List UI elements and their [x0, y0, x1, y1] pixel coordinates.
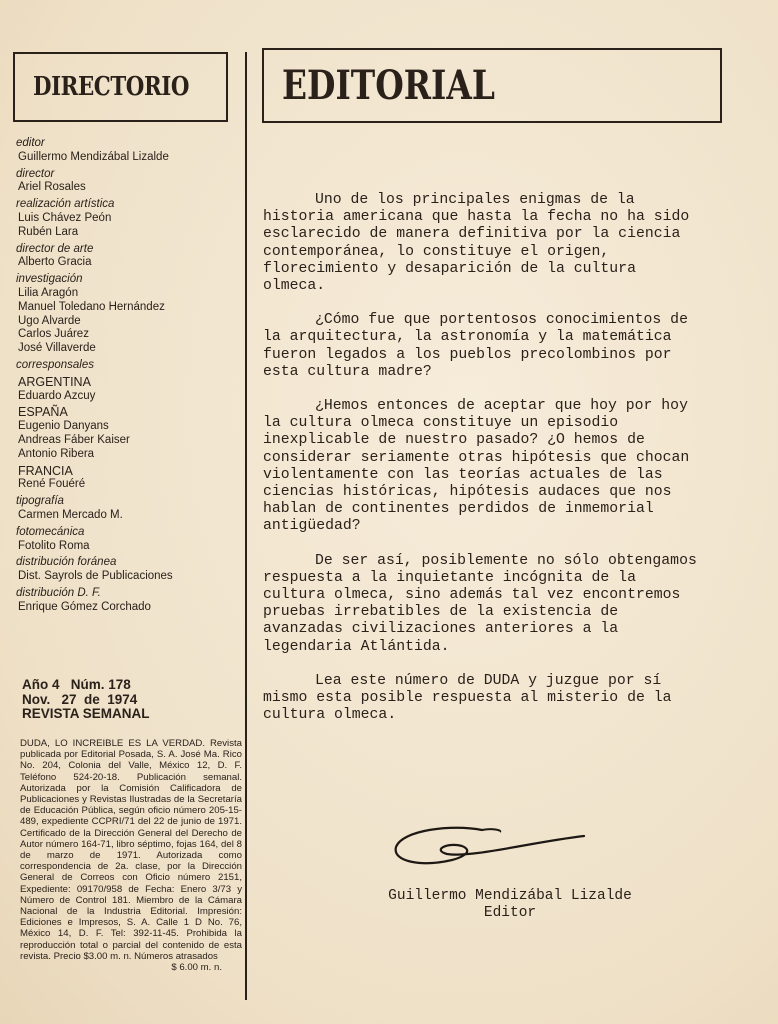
- staff-role: director de arte: [16, 243, 241, 257]
- issue-date: Nov. 27 de 1974: [22, 693, 242, 708]
- staff-name: Dist. Sayrols de Publicaciones: [16, 570, 241, 584]
- signature-icon: [392, 822, 592, 872]
- staff-directory: editorGuillermo Mendizábal Lizaldedirect…: [16, 137, 241, 615]
- staff-name: Luis Chávez Peón: [16, 212, 241, 226]
- editorial-paragraph: Uno de los principales enigmas de la his…: [263, 192, 703, 295]
- staff-name: Ugo Alvarde: [16, 315, 241, 329]
- staff-role: investigación: [16, 273, 241, 287]
- editorial-paragraph: Lea este número de DUDA y juzgue por sí …: [263, 673, 703, 725]
- editorial-body: Uno de los principales enigmas de la his…: [263, 192, 703, 741]
- editorial-header-box: EDITORIAL: [262, 48, 722, 123]
- correspondent-name: Andreas Fáber Kaiser: [16, 434, 241, 448]
- editor-signature-block: Guillermo Mendizábal Lizalde Editor: [330, 888, 690, 922]
- staff-role: editor: [16, 137, 241, 151]
- issue-frequency: REVISTA SEMANAL: [22, 707, 242, 722]
- staff-name: Manuel Toledano Hernández: [16, 301, 241, 315]
- correspondent-name: René Fouéré: [16, 478, 241, 492]
- directory-header-box: DIRECTORIO: [13, 52, 228, 122]
- column-divider: [245, 52, 247, 1000]
- correspondent-name: Eduardo Azcuy: [16, 390, 241, 404]
- staff-name: Guillermo Mendizábal Lizalde: [16, 151, 241, 165]
- correspondent-name: Eugenio Danyans: [16, 420, 241, 434]
- correspondent-country: ESPAÑA: [16, 406, 241, 420]
- staff-name: Lilia Aragón: [16, 287, 241, 301]
- editorial-title: EDITORIAL: [282, 62, 495, 109]
- directory-title: DIRECTORIO: [33, 72, 189, 102]
- correspondent-country: FRANCIA: [16, 465, 241, 479]
- magazine-page: DIRECTORIO EDITORIAL editorGuillermo Men…: [0, 0, 778, 1024]
- staff-name: Fotolito Roma: [16, 540, 241, 554]
- editorial-paragraph: ¿Cómo fue que portentosos conocimientos …: [263, 312, 703, 381]
- staff-name: Ariel Rosales: [16, 181, 241, 195]
- staff-name: Enrique Gómez Corchado: [16, 601, 241, 615]
- staff-role: fotomecánica: [16, 526, 241, 540]
- staff-role: tipografía: [16, 495, 241, 509]
- staff-name: Carlos Juárez: [16, 328, 241, 342]
- correspondent-name: Antonio Ribera: [16, 448, 241, 462]
- staff-role: realización artística: [16, 198, 241, 212]
- staff-name: Alberto Gracia: [16, 256, 241, 270]
- staff-name: Rubén Lara: [16, 226, 241, 240]
- editor-name: Guillermo Mendizábal Lizalde: [330, 888, 690, 905]
- legal-notice: DUDA, LO INCREIBLE ES LA VERDAD. Revista…: [20, 738, 242, 973]
- editorial-paragraph: ¿Hemos entonces de aceptar que hoy por h…: [263, 398, 703, 536]
- issue-number: Año 4 Núm. 178: [22, 678, 242, 693]
- staff-name: Carmen Mercado M.: [16, 509, 241, 523]
- issue-info: Año 4 Núm. 178 Nov. 27 de 1974 REVISTA S…: [22, 678, 242, 722]
- staff-role: director: [16, 168, 241, 182]
- staff-role: corresponsales: [16, 359, 241, 373]
- staff-role: distribución foránea: [16, 556, 241, 570]
- correspondent-country: ARGENTINA: [16, 376, 241, 390]
- staff-role: distribución D. F.: [16, 587, 241, 601]
- back-issue-price: $ 6.00 m. n.: [20, 962, 242, 973]
- editorial-paragraph: De ser así, posiblemente no sólo obtenga…: [263, 553, 703, 656]
- editor-title: Editor: [330, 905, 690, 922]
- staff-name: José Villaverde: [16, 342, 241, 356]
- legal-text: DUDA, LO INCREIBLE ES LA VERDAD. Revista…: [20, 738, 242, 962]
